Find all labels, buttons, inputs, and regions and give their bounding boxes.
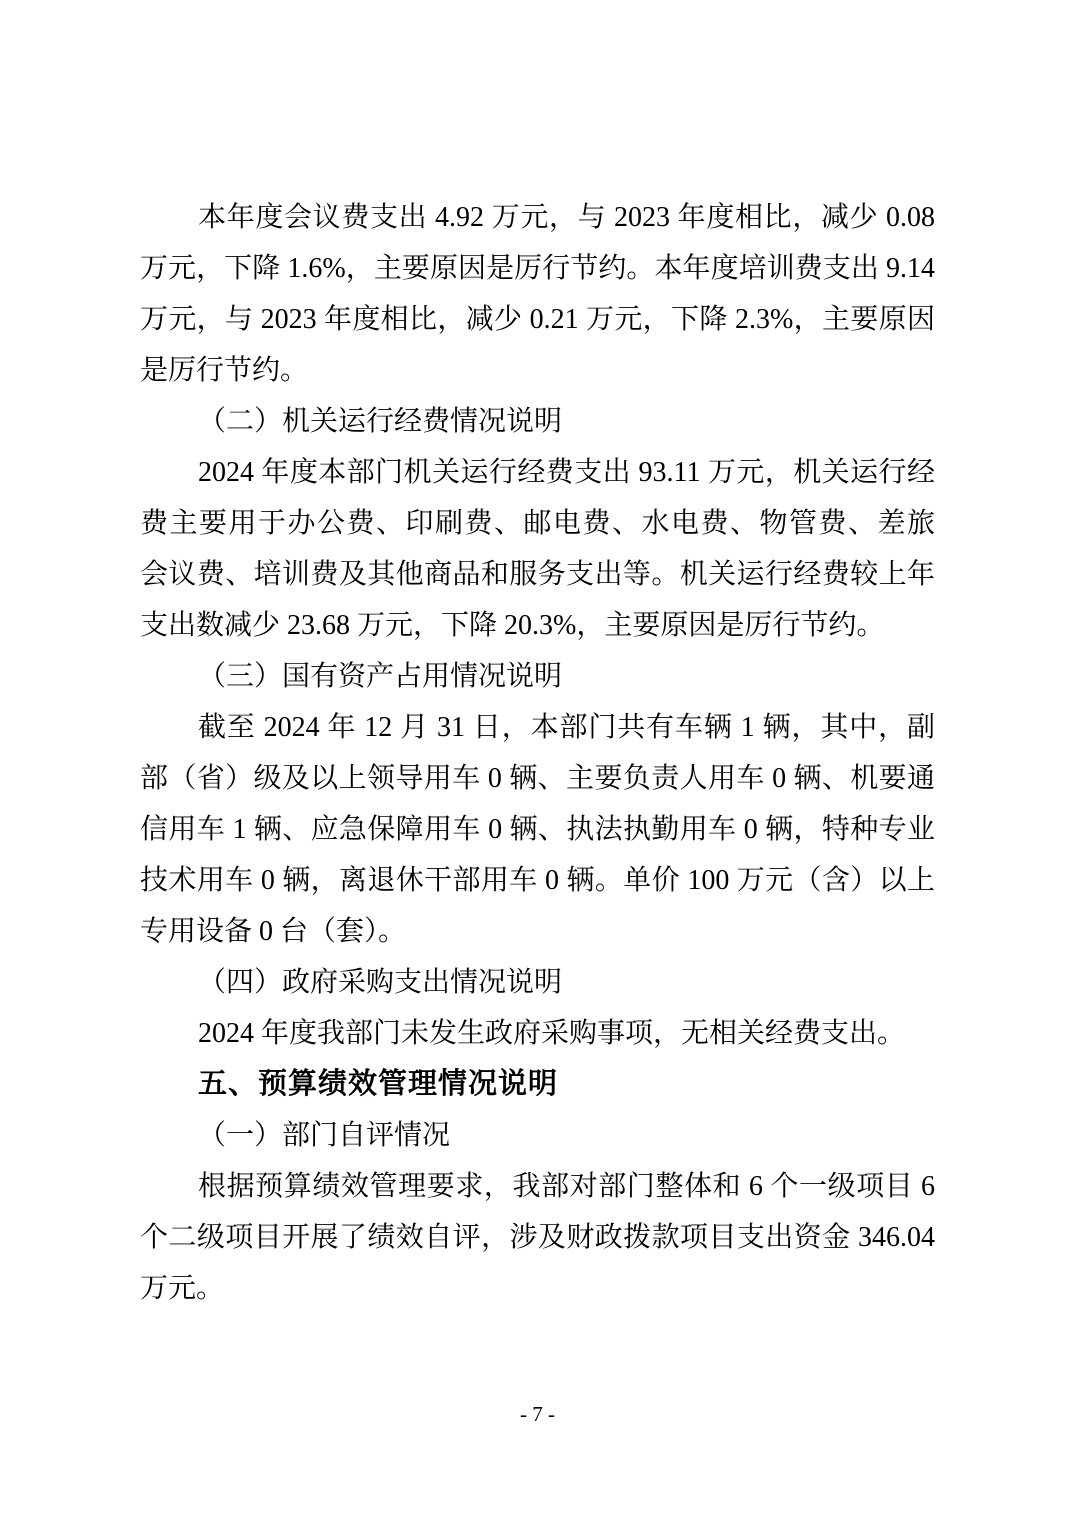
section-heading-4: （四）政府采购支出情况说明	[140, 957, 935, 1008]
paragraph-operating-funds: 2024 年度本部门机关运行经费支出 93.11 万元，机关运行经 费主要用于办…	[140, 447, 935, 651]
document-body: 本年度会议费支出 4.92 万元，与 2023 年度相比，减少 0.08 万元，…	[140, 192, 935, 1314]
paragraph-line: 根据预算绩效管理要求，我部对部门整体和 6 个一级项目 6	[140, 1161, 935, 1212]
paragraph-meeting-training-fees: 本年度会议费支出 4.92 万元，与 2023 年度相比，减少 0.08 万元，…	[140, 192, 935, 396]
section-heading-5-1: （一）部门自评情况	[140, 1110, 935, 1161]
paragraph-line: 支出数减少 23.68 万元，下降 20.3%，主要原因是厉行节约。	[140, 600, 935, 651]
section-heading-3: （三）国有资产占用情况说明	[140, 651, 935, 702]
paragraph-line: 个二级项目开展了绩效自评，涉及财政拨款项目支出资金 346.04	[140, 1212, 935, 1263]
paragraph-line: 万元，与 2023 年度相比，减少 0.21 万元，下降 2.3%，主要原因	[140, 294, 935, 345]
paragraph-line: 2024 年度我部门未发生政府采购事项，无相关经费支出。	[140, 1008, 935, 1059]
paragraph-procurement: 2024 年度我部门未发生政府采购事项，无相关经费支出。	[140, 1008, 935, 1059]
page-footer: - 7 -	[0, 1402, 1075, 1427]
paragraph-state-assets: 截至 2024 年 12 月 31 日，本部门共有车辆 1 辆，其中，副 部（省…	[140, 702, 935, 957]
paragraph-line: 是厉行节约。	[140, 345, 935, 396]
paragraph-line: 专用设备 0 台（套）。	[140, 906, 935, 957]
paragraph-line: 本年度会议费支出 4.92 万元，与 2023 年度相比，减少 0.08	[140, 192, 935, 243]
paragraph-line: 万元，下降 1.6%，主要原因是厉行节约。本年度培训费支出 9.14	[140, 243, 935, 294]
document-page: 本年度会议费支出 4.92 万元，与 2023 年度相比，减少 0.08 万元，…	[0, 0, 1075, 1520]
section-heading-2: （二）机关运行经费情况说明	[140, 396, 935, 447]
paragraph-line: 2024 年度本部门机关运行经费支出 93.11 万元，机关运行经	[140, 447, 935, 498]
paragraph-line: 费主要用于办公费、印刷费、邮电费、水电费、物管费、差旅费、	[140, 498, 935, 549]
paragraph-line: 万元。	[140, 1263, 935, 1314]
chapter-heading-5: 五、预算绩效管理情况说明	[140, 1059, 935, 1110]
page-number: - 7 -	[520, 1402, 555, 1426]
paragraph-line: 信用车 1 辆、应急保障用车 0 辆、执法执勤用车 0 辆，特种专业	[140, 804, 935, 855]
paragraph-line: 技术用车 0 辆，离退休干部用车 0 辆。单价 100 万元（含）以上	[140, 855, 935, 906]
paragraph-line: 会议费、培训费及其他商品和服务支出等。机关运行经费较上年	[140, 549, 935, 600]
paragraph-line: 截至 2024 年 12 月 31 日，本部门共有车辆 1 辆，其中，副	[140, 702, 935, 753]
paragraph-self-evaluation: 根据预算绩效管理要求，我部对部门整体和 6 个一级项目 6 个二级项目开展了绩效…	[140, 1161, 935, 1314]
paragraph-line: 部（省）级及以上领导用车 0 辆、主要负责人用车 0 辆、机要通	[140, 753, 935, 804]
